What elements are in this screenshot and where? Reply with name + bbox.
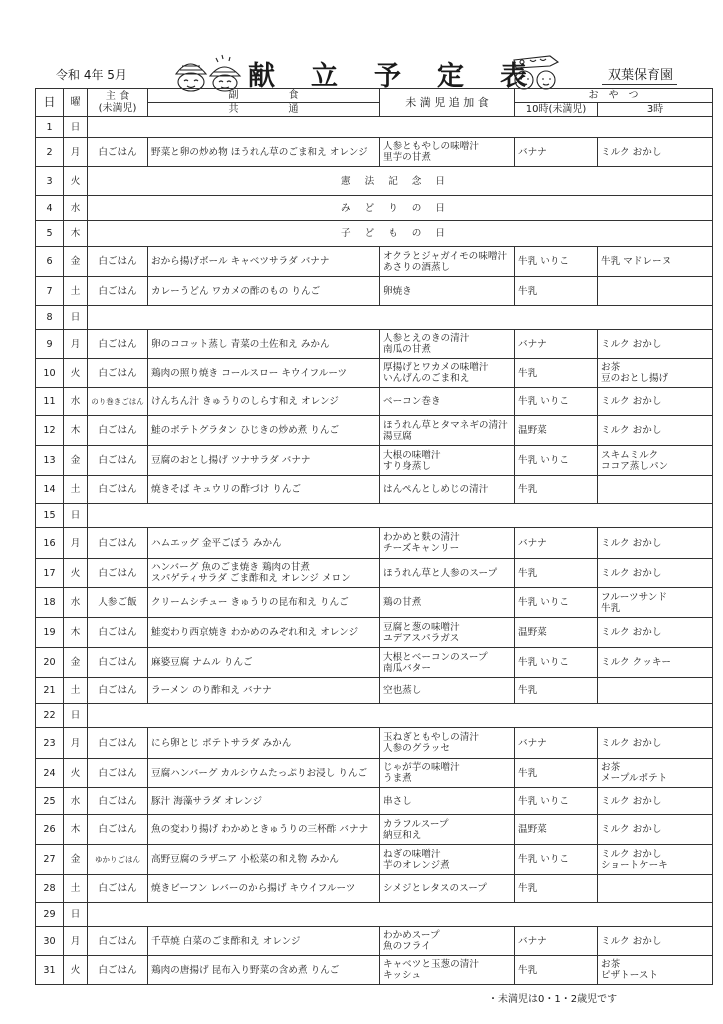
day-cell: 22	[36, 704, 64, 728]
day-cell: 13	[36, 446, 64, 476]
table-row: 7土白ごはんカレーうどん ワカメの酢のもの りんご卵焼き牛乳	[36, 277, 713, 306]
staple-cell: 白ごはん	[88, 956, 148, 985]
table-row: 6金白ごはんおから揚げボール キャベツサラダ バナナオクラとジャガイモの味噌汁 …	[36, 247, 713, 277]
day-cell: 5	[36, 221, 64, 247]
kabuto-children-illustration-icon	[172, 52, 244, 92]
day-cell: 20	[36, 648, 64, 678]
snack-3-cell: ミルク おかし	[598, 788, 713, 815]
table-row: 25水白ごはん豚汁 海藻サラダ オレンジ串さし牛乳 いりこミルク おかし	[36, 788, 713, 815]
table-row: 20金白ごはん麻婆豆腐 ナムル りんご大根とベーコンのスープ 南瓜バター牛乳 い…	[36, 648, 713, 678]
empty-day-cell	[88, 504, 713, 528]
staple-cell: 白ごはん	[88, 815, 148, 845]
day-cell: 2	[36, 138, 64, 167]
side-dish-cell: ハムエッグ 金平ごぼう みかん	[148, 528, 380, 559]
snack-3-cell: ミルク おかし	[598, 388, 713, 416]
snack-10-cell: 牛乳 いりこ	[515, 788, 598, 815]
weekday-cell: 金	[64, 845, 88, 875]
staple-cell: 白ごはん	[88, 618, 148, 648]
extra-dish-cell: ベーコン巻き	[380, 388, 515, 416]
snack-3-cell: ミルク おかし	[598, 138, 713, 167]
col-side-common: 共 通	[148, 103, 380, 117]
snack-10-cell: 温野菜	[515, 618, 598, 648]
side-dish-cell: 鮭変わり西京焼き わかめのみぞれ和え オレンジ	[148, 618, 380, 648]
side-dish-cell: カレーうどん ワカメの酢のもの りんご	[148, 277, 380, 306]
day-cell: 25	[36, 788, 64, 815]
staple-cell: 白ごはん	[88, 330, 148, 359]
side-dish-cell: 焼きそば キュウリの酢づけ りんご	[148, 476, 380, 504]
col-staple: 主 食 (未満児)	[88, 89, 148, 117]
col-snack-10: 10時(未満児)	[515, 103, 598, 117]
table-row: 24火白ごはん豆腐ハンバーグ カルシウムたっぷりお浸し りんごじゃが芋の味噌汁 …	[36, 759, 713, 788]
day-cell: 26	[36, 815, 64, 845]
snack-3-cell: スキムミルク ココア蒸しパン	[598, 446, 713, 476]
snack-3-cell	[598, 678, 713, 704]
day-cell: 24	[36, 759, 64, 788]
extra-dish-cell: オクラとジャガイモの味噌汁 あさりの酒蒸し	[380, 247, 515, 277]
weekday-cell: 水	[64, 196, 88, 221]
extra-dish-cell: ほうれん草とタマネギの清汁 湯豆腐	[380, 416, 515, 446]
col-snack-3: 3時	[598, 103, 713, 117]
table-row: 30月白ごはん千草焼 白菜のごま酢和え オレンジわかめスープ 魚のフライバナナミ…	[36, 927, 713, 956]
weekday-cell: 火	[64, 559, 88, 588]
snack-10-cell: 牛乳 いりこ	[515, 845, 598, 875]
side-dish-cell: 千草焼 白菜のごま酢和え オレンジ	[148, 927, 380, 956]
col-day: 日	[36, 89, 64, 117]
snack-3-cell: ミルク おかし	[598, 927, 713, 956]
weekday-cell: 日	[64, 903, 88, 927]
day-cell: 12	[36, 416, 64, 446]
staple-cell: 白ごはん	[88, 476, 148, 504]
side-dish-cell: にら卵とじ ポテトサラダ みかん	[148, 728, 380, 759]
day-cell: 21	[36, 678, 64, 704]
staple-cell: 白ごはん	[88, 788, 148, 815]
weekday-cell: 土	[64, 875, 88, 903]
weekday-cell: 水	[64, 788, 88, 815]
side-dish-cell: 高野豆腐のラザニア 小松菜の和え物 みかん	[148, 845, 380, 875]
snack-10-cell: バナナ	[515, 927, 598, 956]
weekday-cell: 火	[64, 759, 88, 788]
snack-10-cell: バナナ	[515, 330, 598, 359]
day-cell: 31	[36, 956, 64, 985]
day-cell: 7	[36, 277, 64, 306]
table-row: 28土白ごはん焼きビーフン レバーのから揚げ キウイフルーツシメジとレタスのスー…	[36, 875, 713, 903]
weekday-cell: 金	[64, 446, 88, 476]
extra-dish-cell: 大根の味噌汁 すり身蒸し	[380, 446, 515, 476]
koinobori-children-illustration-icon	[510, 52, 562, 92]
day-cell: 15	[36, 504, 64, 528]
snack-3-cell: 牛乳 マドレーヌ	[598, 247, 713, 277]
staple-cell: 白ごはん	[88, 138, 148, 167]
weekday-cell: 日	[64, 504, 88, 528]
day-cell: 4	[36, 196, 64, 221]
snack-10-cell: 温野菜	[515, 416, 598, 446]
side-dish-cell: 野菜と卵の炒め物 ほうれん草のごま和え オレンジ	[148, 138, 380, 167]
snack-10-cell: バナナ	[515, 138, 598, 167]
side-dish-cell: ハンバーグ 魚のごま焼き 鶏肉の甘煮 スパゲティサラダ ごま酢和え オレンジ メ…	[148, 559, 380, 588]
side-dish-cell: 焼きビーフン レバーのから揚げ キウイフルーツ	[148, 875, 380, 903]
extra-dish-cell: 卵焼き	[380, 277, 515, 306]
menu-table: 日 曜 主 食 (未満児) 副 食 未 満 児 追 加 食 お や つ 共 通 …	[35, 88, 713, 985]
table-row: 8日	[36, 306, 713, 330]
side-dish-cell: クリームシチュー きゅうりの昆布和え りんご	[148, 588, 380, 618]
table-row: 11水のり巻きごはんけんちん汁 きゅうりのしらす和え オレンジベーコン巻き牛乳 …	[36, 388, 713, 416]
side-dish-cell: けんちん汁 きゅうりのしらす和え オレンジ	[148, 388, 380, 416]
col-side: 副 食	[148, 89, 380, 103]
snack-3-cell: フルーツサンド 牛乳	[598, 588, 713, 618]
snack-3-cell	[598, 875, 713, 903]
snack-10-cell: バナナ	[515, 728, 598, 759]
weekday-cell: 木	[64, 618, 88, 648]
table-row: 17火白ごはんハンバーグ 魚のごま焼き 鶏肉の甘煮 スパゲティサラダ ごま酢和え…	[36, 559, 713, 588]
weekday-cell: 金	[64, 247, 88, 277]
day-cell: 11	[36, 388, 64, 416]
staple-cell: 白ごはん	[88, 678, 148, 704]
weekday-cell: 日	[64, 306, 88, 330]
holiday-cell: 憲法記念日	[88, 167, 713, 196]
extra-dish-cell: カラフルスープ 納豆和え	[380, 815, 515, 845]
weekday-cell: 水	[64, 388, 88, 416]
table-row: 31火白ごはん鶏肉の唐揚げ 昆布入り野菜の含め煮 りんごキャベツと玉葱の清汁 キ…	[36, 956, 713, 985]
extra-dish-cell: シメジとレタスのスープ	[380, 875, 515, 903]
extra-dish-cell: はんぺんとしめじの清汁	[380, 476, 515, 504]
table-row: 13金白ごはん豆腐のおとし揚げ ツナサラダ バナナ大根の味噌汁 すり身蒸し牛乳 …	[36, 446, 713, 476]
empty-day-cell	[88, 903, 713, 927]
extra-dish-cell: ねぎの味噌汁 芋のオレンジ煮	[380, 845, 515, 875]
side-dish-cell: 豆腐ハンバーグ カルシウムたっぷりお浸し りんご	[148, 759, 380, 788]
holiday-cell: みどりの日	[88, 196, 713, 221]
weekday-cell: 木	[64, 815, 88, 845]
table-row: 1日	[36, 117, 713, 138]
staple-cell: 白ごはん	[88, 875, 148, 903]
snack-10-cell: 温野菜	[515, 815, 598, 845]
day-cell: 8	[36, 306, 64, 330]
table-row: 23月白ごはんにら卵とじ ポテトサラダ みかん玉ねぎともやしの清汁 人参のグラッ…	[36, 728, 713, 759]
snack-10-cell: 牛乳	[515, 956, 598, 985]
snack-10-cell: 牛乳	[515, 875, 598, 903]
table-row: 9月白ごはん卵のココット蒸し 青菜の土佐和え みかん人参とえのきの清汁 南瓜の甘…	[36, 330, 713, 359]
table-row: 19木白ごはん鮭変わり西京焼き わかめのみぞれ和え オレンジ豆腐と葱の味噌汁 ユ…	[36, 618, 713, 648]
era-month: 令和 4年 5月	[56, 66, 127, 83]
day-cell: 29	[36, 903, 64, 927]
side-dish-cell: 鮭のポテトグラタン ひじきの炒め煮 りんご	[148, 416, 380, 446]
footer-note: ・未満児は0・1・2歳児です	[488, 990, 617, 1005]
weekday-cell: 火	[64, 167, 88, 196]
staple-cell: 白ごはん	[88, 359, 148, 388]
day-cell: 3	[36, 167, 64, 196]
snack-3-cell: お茶 豆のおとし揚げ	[598, 359, 713, 388]
empty-day-cell	[88, 704, 713, 728]
weekday-cell: 木	[64, 416, 88, 446]
side-dish-cell: 魚の変わり揚げ わかめときゅうりの三杯酢 バナナ	[148, 815, 380, 845]
extra-dish-cell: ほうれん草と人参のスープ	[380, 559, 515, 588]
extra-dish-cell: じゃが芋の味噌汁 うま煮	[380, 759, 515, 788]
snack-3-cell	[598, 277, 713, 306]
snack-3-cell: ミルク おかし	[598, 330, 713, 359]
table-row: 2月白ごはん野菜と卵の炒め物 ほうれん草のごま和え オレンジ人参ともやしの味噌汁…	[36, 138, 713, 167]
table-row: 3火憲法記念日	[36, 167, 713, 196]
table-row: 4水みどりの日	[36, 196, 713, 221]
snack-10-cell: 牛乳 いりこ	[515, 388, 598, 416]
weekday-cell: 月	[64, 138, 88, 167]
staple-cell: 白ごはん	[88, 247, 148, 277]
snack-10-cell: 牛乳	[515, 476, 598, 504]
side-dish-cell: 麻婆豆腐 ナムル りんご	[148, 648, 380, 678]
side-dish-cell: 鶏肉の唐揚げ 昆布入り野菜の含め煮 りんご	[148, 956, 380, 985]
extra-dish-cell: 人参ともやしの味噌汁 里芋の甘煮	[380, 138, 515, 167]
extra-dish-cell: 鶏の甘煮	[380, 588, 515, 618]
snack-10-cell: 牛乳	[515, 359, 598, 388]
side-dish-cell: 豚汁 海藻サラダ オレンジ	[148, 788, 380, 815]
extra-dish-cell: 串さし	[380, 788, 515, 815]
extra-dish-cell: 豆腐と葱の味噌汁 ユデアスパラガス	[380, 618, 515, 648]
snack-3-cell	[598, 476, 713, 504]
day-cell: 28	[36, 875, 64, 903]
staple-cell: 白ごはん	[88, 416, 148, 446]
side-dish-cell: ラーメン のり酢和え バナナ	[148, 678, 380, 704]
empty-day-cell	[88, 306, 713, 330]
day-cell: 23	[36, 728, 64, 759]
weekday-cell: 月	[64, 927, 88, 956]
extra-dish-cell: 人参とえのきの清汁 南瓜の甘煮	[380, 330, 515, 359]
extra-dish-cell: 玉ねぎともやしの清汁 人参のグラッセ	[380, 728, 515, 759]
day-cell: 9	[36, 330, 64, 359]
day-cell: 27	[36, 845, 64, 875]
snack-3-cell: ミルク おかし	[598, 728, 713, 759]
holiday-cell: 子どもの日	[88, 221, 713, 247]
snack-3-cell: ミルク おかし	[598, 528, 713, 559]
table-row: 5木子どもの日	[36, 221, 713, 247]
snack-3-cell: ミルク おかし	[598, 815, 713, 845]
weekday-cell: 月	[64, 728, 88, 759]
side-dish-cell: おから揚げボール キャベツサラダ バナナ	[148, 247, 380, 277]
snack-3-cell: ミルク おかし	[598, 416, 713, 446]
snack-10-cell: 牛乳 いりこ	[515, 446, 598, 476]
weekday-cell: 日	[64, 704, 88, 728]
extra-dish-cell: わかめと麩の清汁 チーズキャンリー	[380, 528, 515, 559]
extra-dish-cell: 大根とベーコンのスープ 南瓜バター	[380, 648, 515, 678]
weekday-cell: 水	[64, 588, 88, 618]
day-cell: 6	[36, 247, 64, 277]
staple-cell: 白ごはん	[88, 446, 148, 476]
staple-cell: 白ごはん	[88, 648, 148, 678]
staple-cell: 人参ご飯	[88, 588, 148, 618]
weekday-cell: 日	[64, 117, 88, 138]
day-cell: 1	[36, 117, 64, 138]
snack-10-cell: 牛乳	[515, 559, 598, 588]
snack-10-cell: 牛乳	[515, 759, 598, 788]
weekday-cell: 土	[64, 476, 88, 504]
table-row: 12木白ごはん鮭のポテトグラタン ひじきの炒め煮 りんごほうれん草とタマネギの清…	[36, 416, 713, 446]
col-extra: 未 満 児 追 加 食	[380, 89, 515, 117]
staple-cell: 白ごはん	[88, 728, 148, 759]
snack-10-cell: 牛乳 いりこ	[515, 648, 598, 678]
staple-cell: 白ごはん	[88, 528, 148, 559]
weekday-cell: 月	[64, 528, 88, 559]
table-row: 14土白ごはん焼きそば キュウリの酢づけ りんごはんぺんとしめじの清汁牛乳	[36, 476, 713, 504]
side-dish-cell: 豆腐のおとし揚げ ツナサラダ バナナ	[148, 446, 380, 476]
snack-10-cell: 牛乳	[515, 277, 598, 306]
snack-3-cell: ミルク おかし ショートケーキ	[598, 845, 713, 875]
weekday-cell: 土	[64, 678, 88, 704]
staple-cell: 白ごはん	[88, 277, 148, 306]
weekday-cell: 火	[64, 956, 88, 985]
empty-day-cell	[88, 117, 713, 138]
day-cell: 30	[36, 927, 64, 956]
snack-3-cell: お茶 ピザトースト	[598, 956, 713, 985]
snack-3-cell: ミルク おかし	[598, 559, 713, 588]
extra-dish-cell: 空也蒸し	[380, 678, 515, 704]
col-weekday: 曜	[64, 89, 88, 117]
snack-10-cell: バナナ	[515, 528, 598, 559]
extra-dish-cell: わかめスープ 魚のフライ	[380, 927, 515, 956]
snack-10-cell: 牛乳 いりこ	[515, 588, 598, 618]
weekday-cell: 金	[64, 648, 88, 678]
table-row: 18水人参ご飯クリームシチュー きゅうりの昆布和え りんご鶏の甘煮牛乳 いりこフ…	[36, 588, 713, 618]
table-row: 15日	[36, 504, 713, 528]
day-cell: 19	[36, 618, 64, 648]
day-cell: 14	[36, 476, 64, 504]
col-snack: お や つ	[515, 89, 713, 103]
staple-cell: 白ごはん	[88, 559, 148, 588]
day-cell: 16	[36, 528, 64, 559]
weekday-cell: 土	[64, 277, 88, 306]
side-dish-cell: 鶏肉の照り焼き コールスロー キウイフルーツ	[148, 359, 380, 388]
side-dish-cell: 卵のココット蒸し 青菜の土佐和え みかん	[148, 330, 380, 359]
extra-dish-cell: キャベツと玉葱の清汁 キッシュ	[380, 956, 515, 985]
table-row: 22日	[36, 704, 713, 728]
table-row: 29日	[36, 903, 713, 927]
table-row: 21土白ごはんラーメン のり酢和え バナナ空也蒸し牛乳	[36, 678, 713, 704]
table-row: 26木白ごはん魚の変わり揚げ わかめときゅうりの三杯酢 バナナカラフルスープ 納…	[36, 815, 713, 845]
weekday-cell: 木	[64, 221, 88, 247]
staple-cell: ゆかりごはん	[88, 845, 148, 875]
day-cell: 10	[36, 359, 64, 388]
day-cell: 18	[36, 588, 64, 618]
snack-3-cell: ミルク クッキー	[598, 648, 713, 678]
snack-10-cell: 牛乳	[515, 678, 598, 704]
day-cell: 17	[36, 559, 64, 588]
weekday-cell: 月	[64, 330, 88, 359]
staple-cell: 白ごはん	[88, 927, 148, 956]
table-row: 16月白ごはんハムエッグ 金平ごぼう みかんわかめと麩の清汁 チーズキャンリーバ…	[36, 528, 713, 559]
extra-dish-cell: 厚揚げとワカメの味噌汁 いんげんのごま和え	[380, 359, 515, 388]
snack-3-cell: お茶 メープルポテト	[598, 759, 713, 788]
menu-body: 1日2月白ごはん野菜と卵の炒め物 ほうれん草のごま和え オレンジ人参ともやしの味…	[36, 117, 713, 985]
school-name: 双葉保育園	[602, 64, 677, 85]
staple-cell: のり巻きごはん	[88, 388, 148, 416]
snack-10-cell: 牛乳 いりこ	[515, 247, 598, 277]
weekday-cell: 火	[64, 359, 88, 388]
table-row: 10火白ごはん鶏肉の照り焼き コールスロー キウイフルーツ厚揚げとワカメの味噌汁…	[36, 359, 713, 388]
staple-cell: 白ごはん	[88, 759, 148, 788]
snack-3-cell: ミルク おかし	[598, 618, 713, 648]
table-row: 27金ゆかりごはん高野豆腐のラザニア 小松菜の和え物 みかんねぎの味噌汁 芋のオ…	[36, 845, 713, 875]
